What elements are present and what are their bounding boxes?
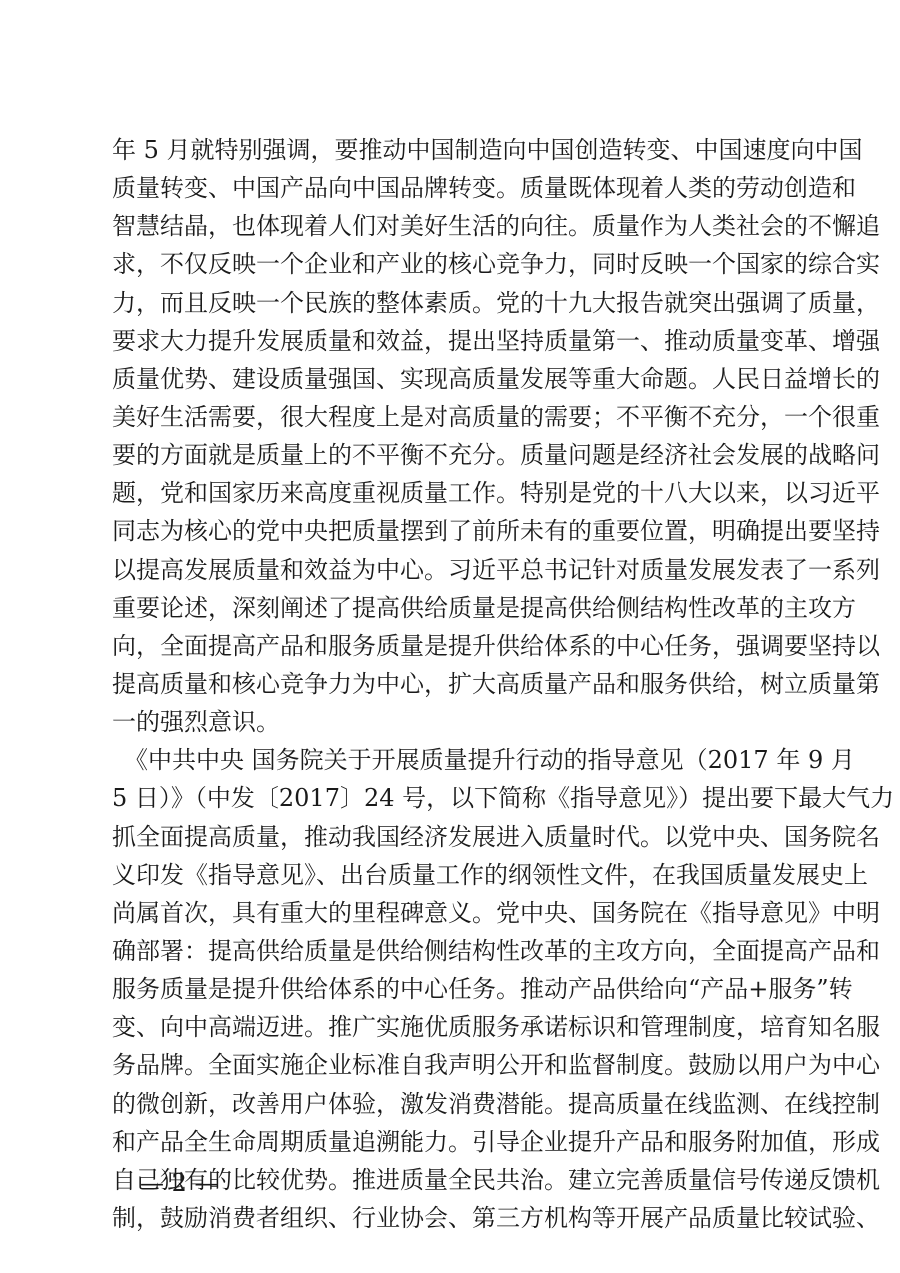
text-line: 和产品全生命周期质量追溯能力。引导企业提升产品和服务附加值，形成: [112, 1123, 792, 1161]
text-line: 要的方面就是质量上的不平衡不充分。质量问题是经济社会发展的战略问: [112, 436, 792, 474]
paragraph-1: 年 5 月就特别强调，要推动中国制造向中国创造转变、中国速度向中国 质量转变、中…: [112, 131, 792, 741]
text-line: 务品牌。全面实施企业标准自我声明公开和监督制度。鼓励以用户为中心: [112, 1046, 792, 1084]
text-line: 尚属首次，具有重大的里程碑意义。党中央、国务院在《指导意见》中明: [112, 894, 792, 932]
text-line: 变、向中高端迈进。推广实施优质服务承诺标识和管理制度，培育知名服: [112, 1008, 792, 1046]
text-line: 的微创新，改善用户体验，激发消费潜能。提高质量在线监测、在线控制: [112, 1085, 792, 1123]
document-page: 年 5 月就特别强调，要推动中国制造向中国创造转变、中国速度向中国 质量转变、中…: [0, 0, 900, 1273]
paragraph-2: 《中共中央 国务院关于开展质量提升行动的指导意见（2017 年 9 月 5 日）…: [112, 741, 792, 1237]
text-line: 5 日）》（中发〔2017〕24 号，以下简称《指导意见》）提出要下最大气力: [112, 779, 792, 817]
text-line: 同志为核心的党中央把质量摆到了前所未有的重要位置，明确提出要坚持: [112, 512, 792, 550]
page-number: — 2 —: [140, 1166, 219, 1200]
text-line: 求，不仅反映一个企业和产业的核心竞争力，同时反映一个国家的综合实: [112, 245, 792, 283]
text-line: 《中共中央 国务院关于开展质量提升行动的指导意见（2017 年 9 月: [112, 741, 792, 779]
text-line: 确部署：提高供给质量是供给侧结构性改革的主攻方向，全面提高产品和: [112, 932, 792, 970]
text-line: 质量优势、建设质量强国、实现高质量发展等重大命题。人民日益增长的: [112, 360, 792, 398]
body-text: 年 5 月就特别强调，要推动中国制造向中国创造转变、中国速度向中国 质量转变、中…: [112, 131, 792, 1237]
text-line: 美好生活需要，很大程度上是对高质量的需要；不平衡不充分，一个很重: [112, 398, 792, 436]
text-line: 题，党和国家历来高度重视质量工作。特别是党的十八大以来，以习近平: [112, 474, 792, 512]
text-line: 重要论述，深刻阐述了提高供给质量是提高供给侧结构性改革的主攻方: [112, 589, 792, 627]
text-line: 力，而且反映一个民族的整体素质。党的十九大报告就突出强调了质量，: [112, 284, 792, 322]
text-line: 制，鼓励消费者组织、行业协会、第三方机构等开展产品质量比较试验、: [112, 1199, 792, 1237]
text-line: 质量转变、中国产品向中国品牌转变。质量既体现着人类的劳动创造和: [112, 169, 792, 207]
text-line: 以提高发展质量和效益为中心。习近平总书记针对质量发展发表了一系列: [112, 551, 792, 589]
text-line: 一的强烈意识。: [112, 703, 792, 741]
text-line: 智慧结晶，也体现着人们对美好生活的向往。质量作为人类社会的不懈追: [112, 207, 792, 245]
text-line: 向，全面提高产品和服务质量是提升供给体系的中心任务，强调要坚持以: [112, 627, 792, 665]
text-line: 年 5 月就特别强调，要推动中国制造向中国创造转变、中国速度向中国: [112, 131, 792, 169]
text-line: 提高质量和核心竞争力为中心，扩大高质量产品和服务供给，树立质量第: [112, 665, 792, 703]
text-line: 抓全面提高质量，推动我国经济发展进入质量时代。以党中央、国务院名: [112, 818, 792, 856]
text-line: 要求大力提升发展质量和效益，提出坚持质量第一、推动质量变革、增强: [112, 322, 792, 360]
text-line: 服务质量是提升供给体系的中心任务。推动产品供给向“产品+服务”转: [112, 970, 792, 1008]
text-line: 义印发《指导意见》、出台质量工作的纲领性文件，在我国质量发展史上: [112, 856, 792, 894]
